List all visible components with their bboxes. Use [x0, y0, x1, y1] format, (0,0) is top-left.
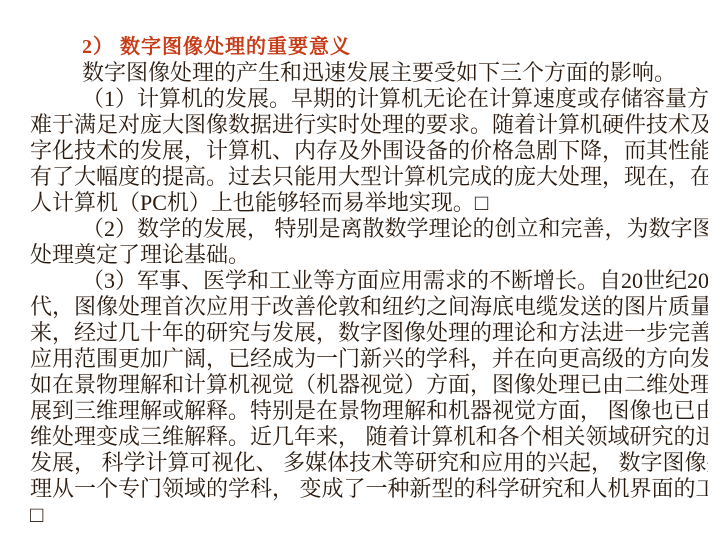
body-line: □ — [30, 502, 708, 528]
body-line: 应用范围更加广阔，已经成为一门新兴的学科，并在向更高级的方向发展。 — [30, 346, 708, 372]
body-line: 发展， 科学计算可视化、 多媒体技术等研究和应用的兴起， 数字图像处 — [30, 450, 708, 476]
body-line: 有了大幅度的提高。过去只能用大型计算机完成的庞大处理，现在，在个 — [30, 164, 708, 190]
body-line: 理从一个专门领域的学科， 变成了一种新型的科学研究和人机界面的工具。 — [30, 476, 708, 502]
slide-text-block: 2） 数字图像处理的重要意义 数字图像处理的产生和迅速发展主要受如下三个方面的影… — [0, 34, 720, 528]
body-line: 展到三维理解或解释。特别是在景物理解和机器视觉方面， 图像也已由二 — [30, 398, 708, 424]
body-line: 难于满足对庞大图像数据进行实时处理的要求。随着计算机硬件技术及数 — [30, 112, 708, 138]
body-line: 人计算机（PC机）上也能够轻而易举地实现。□ — [30, 190, 708, 216]
body-line: 字化技术的发展，计算机、内存及外围设备的价格急剧下降，而其性能却 — [30, 138, 708, 164]
body-line: 代，图像处理首次应用于改善伦敦和纽约之间海底电缆发送的图片质量以 — [30, 294, 708, 320]
body-line: 处理奠定了理论基础。 — [30, 242, 708, 268]
body-line: 如在景物理解和计算机视觉（机器视觉）方面，图像处理已由二维处理发 — [30, 372, 708, 398]
slide-canvas: 2） 数字图像处理的重要意义 数字图像处理的产生和迅速发展主要受如下三个方面的影… — [0, 0, 720, 540]
body-line: （3）军事、医学和工业等方面应用需求的不断增长。自20世纪20年 — [30, 268, 708, 294]
body-line: 数字图像处理的产生和迅速发展主要受如下三个方面的影响。 — [30, 60, 708, 86]
body-line: 来，经过几十年的研究与发展，数字图像处理的理论和方法进一步完善， — [30, 320, 708, 346]
slide-title: 2） 数字图像处理的重要意义 — [30, 34, 708, 60]
body-line: （1）计算机的发展。早期的计算机无论在计算速度或存储容量方面， — [30, 86, 708, 112]
body-line: （2）数学的发展， 特别是离散数学理论的创立和完善，为数字图像 — [30, 216, 708, 242]
body-line: 维处理变成三维解释。近几年来， 随着计算机和各个相关领域研究的迅速 — [30, 424, 708, 450]
